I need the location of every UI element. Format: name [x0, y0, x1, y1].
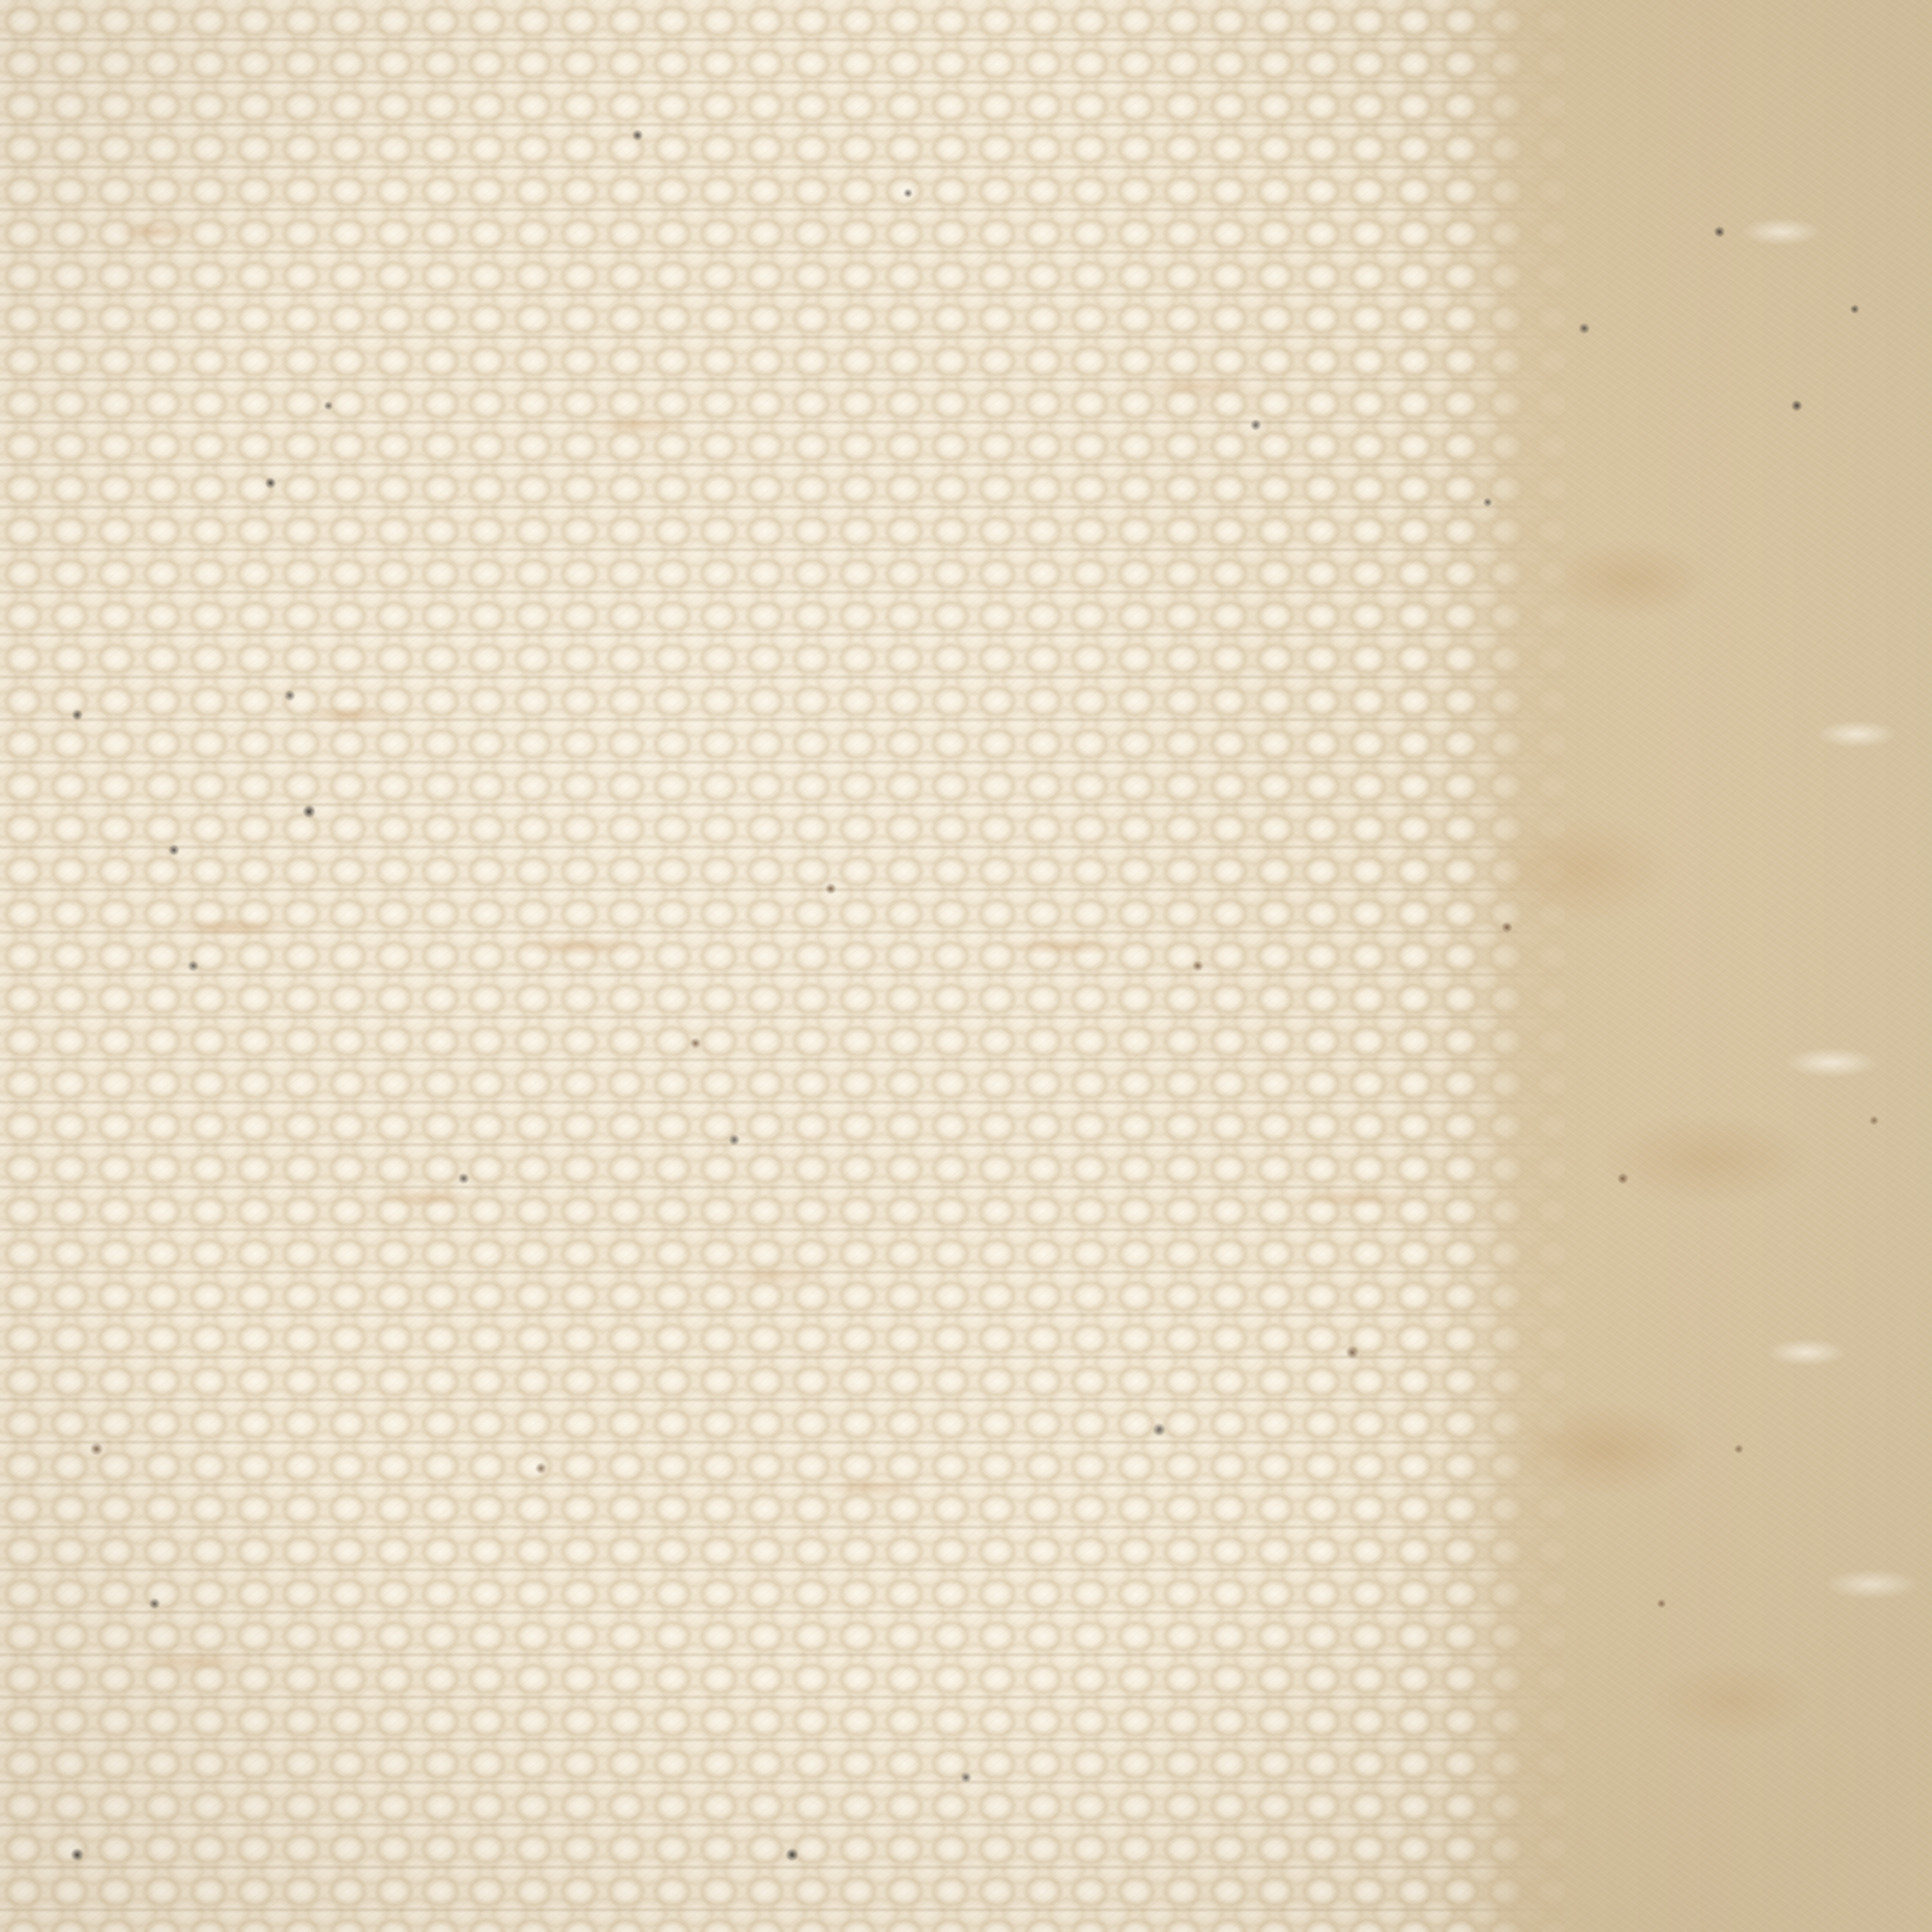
wool-rug-texture-photo [0, 0, 1932, 1932]
vignette [0, 0, 1932, 1932]
